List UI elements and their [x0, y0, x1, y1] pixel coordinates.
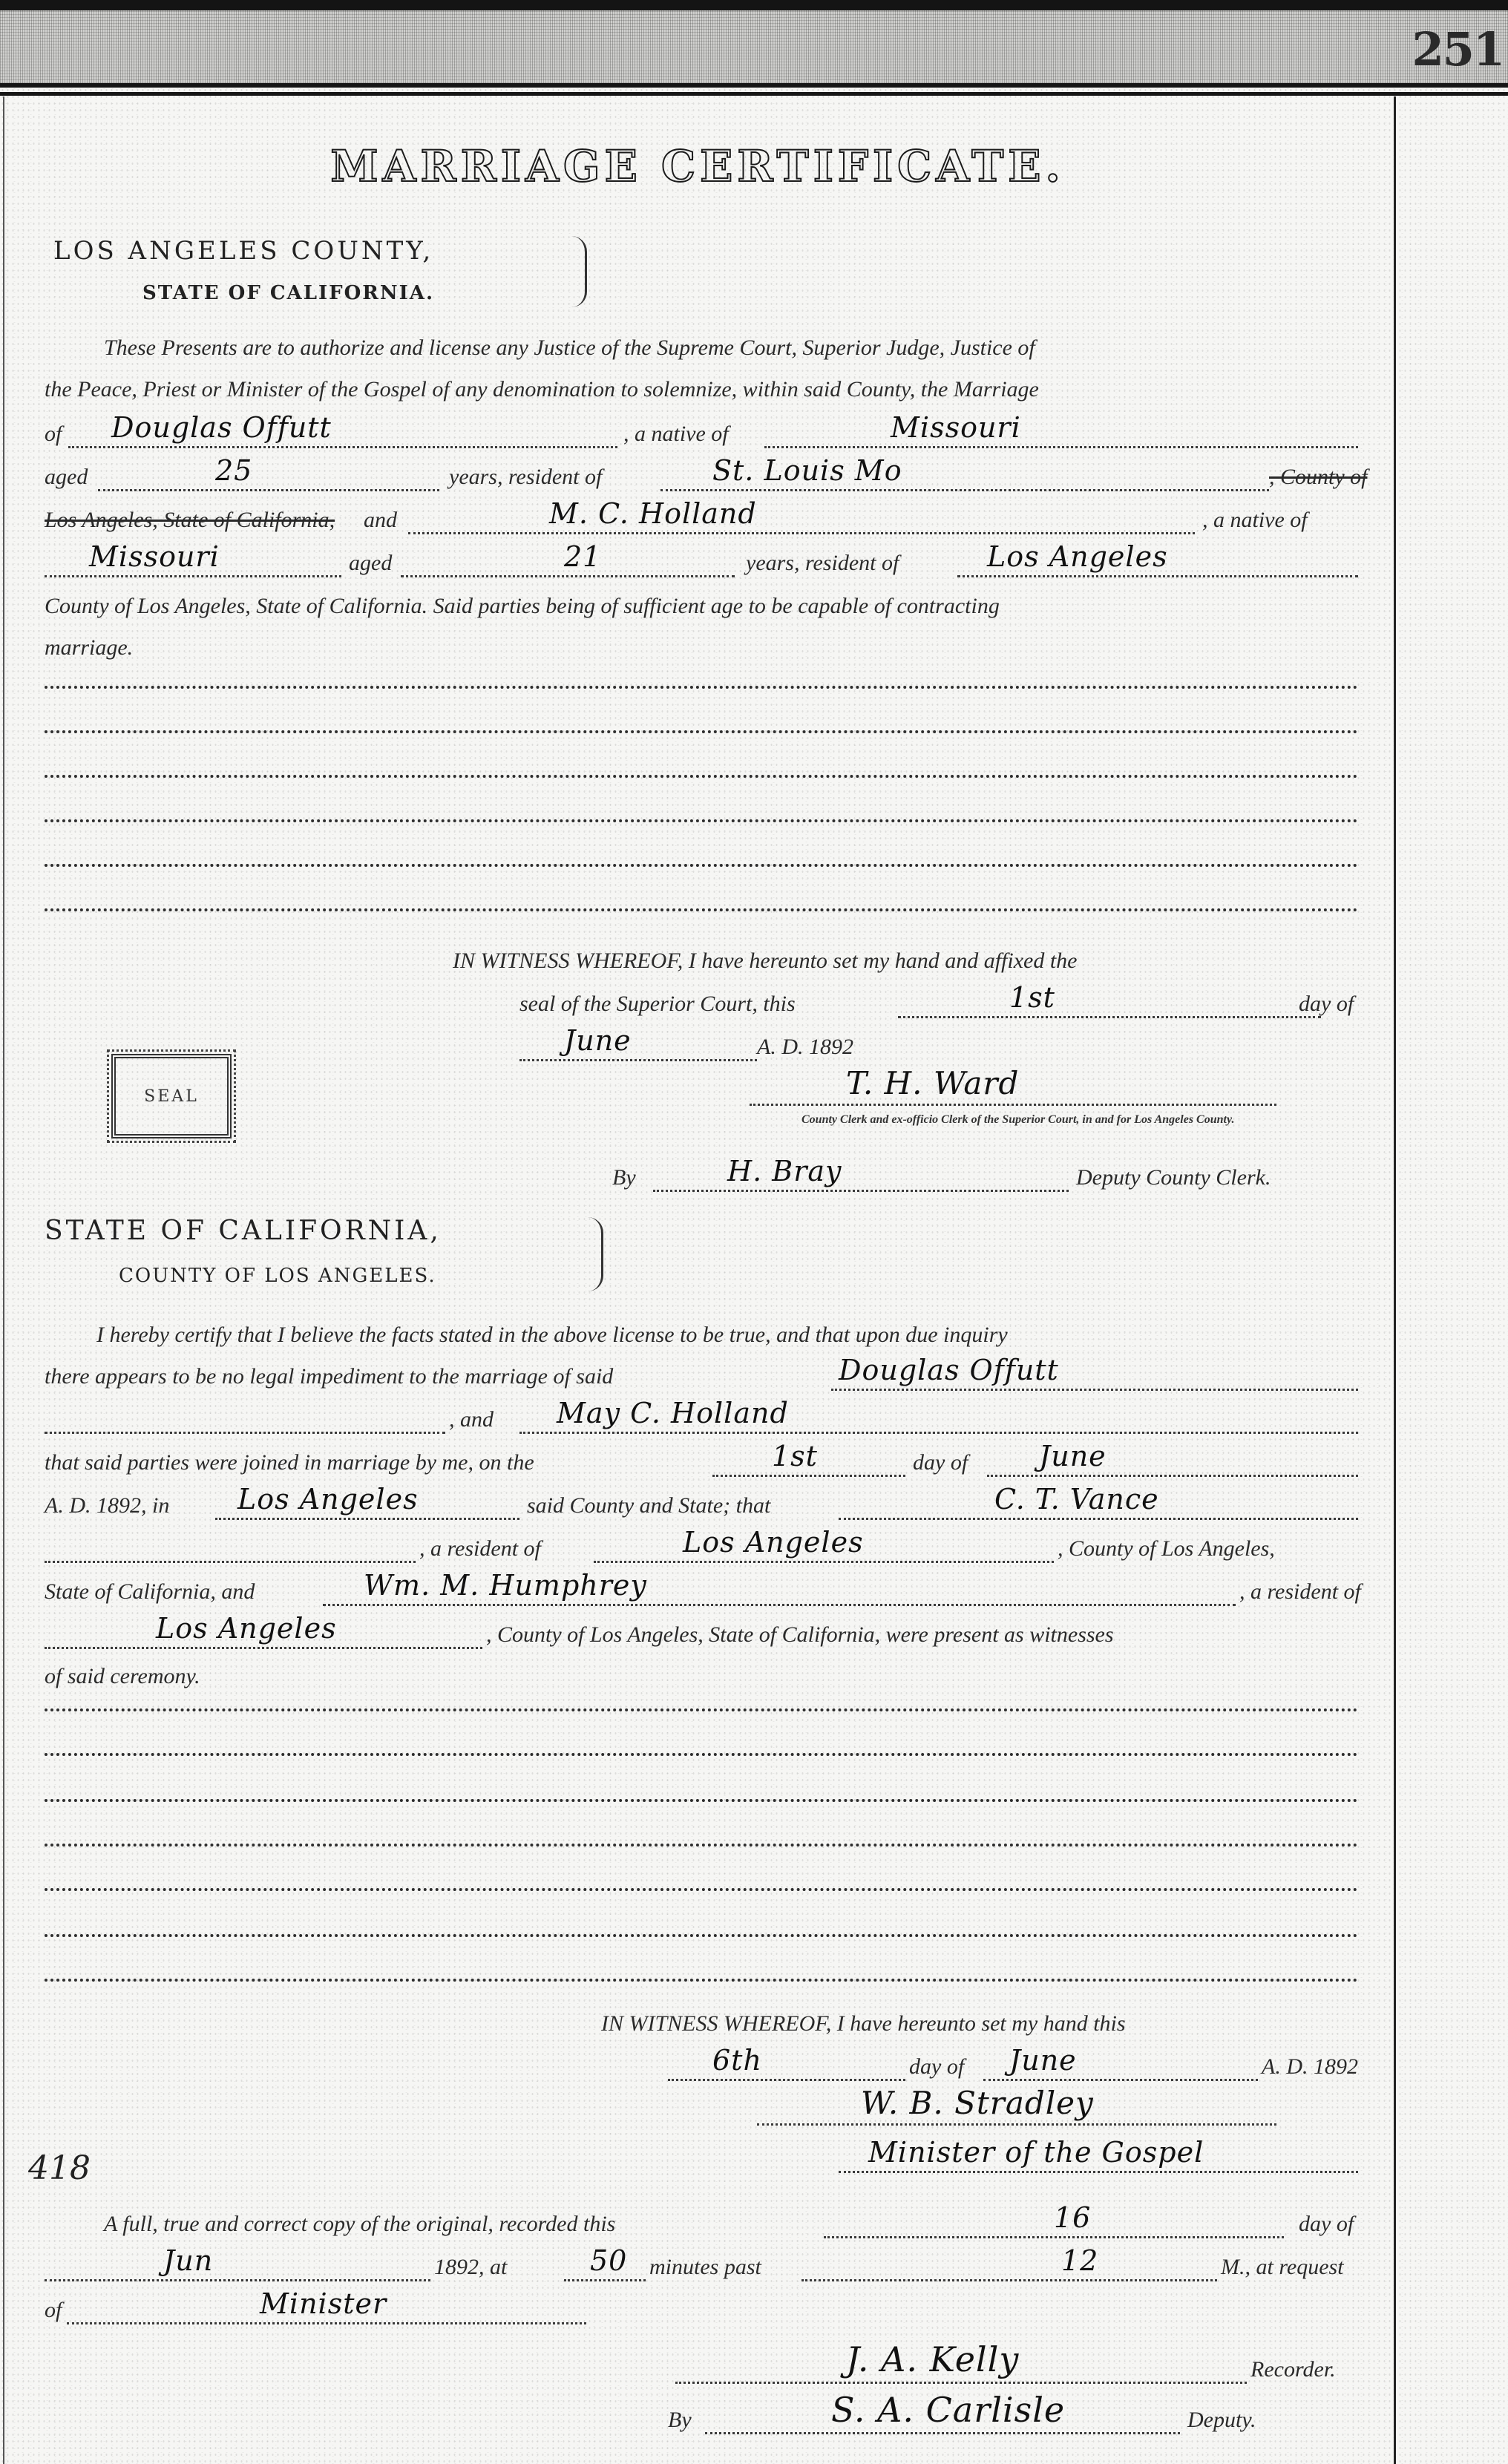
- bride-native-label: , a native of: [1202, 508, 1308, 533]
- deputy-clerk-signature: H. Bray: [727, 1155, 842, 1187]
- minister-title-line: Minister of the Gospel: [45, 2130, 1389, 2178]
- bride-residence: Los Angeles: [987, 540, 1168, 573]
- cert-day: 1st: [772, 1440, 818, 1472]
- groom-age-line: aged 25 years, resident of St. Louis Mo …: [45, 448, 1389, 496]
- resident-of-label-2: , a resident of: [1239, 1579, 1361, 1605]
- witness2-name: Wm. M. Humphrey: [364, 1569, 647, 1602]
- cert-bride-name: May C. Holland: [557, 1397, 789, 1429]
- clerk-month-field: [519, 1059, 757, 1061]
- cert-line-8: Los Angeles , County of Los Angeles, Sta…: [45, 1606, 1389, 1654]
- cert-state-heading: STATE OF CALIFORNIA,: [45, 1216, 442, 1246]
- day-of-label: day of: [1299, 992, 1354, 1017]
- heading-brace: [571, 236, 587, 307]
- recorded-month: Jun: [163, 2244, 213, 2277]
- cert-place: Los Angeles: [237, 1483, 419, 1516]
- blank-ruled-line: [45, 1934, 1358, 1937]
- blank-ruled-line: [45, 1708, 1358, 1711]
- clerk-caption: County Clerk and ex-officio Clerk of the…: [801, 1113, 1234, 1127]
- of-label: of: [45, 422, 62, 447]
- seal-of-court-label: seal of the Superior Court, this: [519, 992, 796, 1017]
- minister-month-field: [983, 2079, 1258, 2081]
- cert-month: June: [1039, 1440, 1107, 1472]
- blank-ruled-line: [45, 908, 1358, 911]
- cert-day-of-label: day of: [913, 1450, 968, 1475]
- cert-line-3: , and May C. Holland: [45, 1391, 1389, 1438]
- resident-of-label: , a resident of: [419, 1536, 541, 1562]
- clerk-date-line: June A. D. 1892: [45, 1018, 1389, 1066]
- license-intro-text-2: the Peace, Priest or Minister of the Gos…: [45, 377, 1039, 402]
- recorded-day: 16: [1054, 2201, 1091, 2234]
- right-margin-rule: [1394, 96, 1396, 2464]
- by-label: By: [612, 1165, 636, 1190]
- minister-title: Minister of the Gospel: [868, 2136, 1204, 2169]
- years-resident-label: years, resident of: [449, 465, 602, 490]
- blank-ruled-line: [45, 1844, 1358, 1847]
- blank-ruled-line: [45, 1799, 1358, 1802]
- cert-and-label: , and: [449, 1407, 494, 1432]
- scan-top-edge: [0, 0, 1508, 10]
- recorder-signature: J. A. Kelly: [846, 2339, 1019, 2379]
- witness1-residence: Los Angeles: [683, 1526, 864, 1559]
- clerk-signature: T. H. Ward: [846, 1065, 1019, 1101]
- cert-line-1: I hereby certify that I believe the fact…: [45, 1306, 1389, 1354]
- minister-date-line: 6th day of June A. D. 1892: [45, 2038, 1389, 2085]
- license-state-heading: STATE OF CALIFORNIA.: [142, 282, 434, 304]
- struck-la-state: Los Angeles, State of California,: [45, 508, 335, 533]
- ceremony-label: of said ceremony.: [45, 1664, 200, 1689]
- recording-line-1: A full, true and correct copy of the ori…: [45, 2195, 1389, 2243]
- bride-name: M. C. Holland: [549, 497, 757, 530]
- header-rule-bottom: [0, 92, 1508, 96]
- blank-ruled-line: [45, 686, 1358, 689]
- recorded-year-label: 1892, at: [434, 2255, 507, 2280]
- recorder-deputy-signature: S. A. Carlisle: [831, 2390, 1065, 2430]
- clerk-ad-label: A. D. 1892: [757, 1035, 853, 1060]
- minister-day-field: [668, 2079, 905, 2081]
- bride-line: Los Angeles, State of California, and M.…: [45, 491, 1389, 539]
- minister-title-field: [839, 2171, 1358, 2173]
- cert-text-1: I hereby certify that I believe the fact…: [96, 1323, 1008, 1348]
- aged-label: aged: [45, 465, 88, 490]
- document-title: MARRIAGE CERTIFICATE.: [0, 141, 1395, 191]
- license-closing-line-1: County of Los Angeles, State of Californ…: [45, 577, 1389, 625]
- native-of-label: , a native of: [623, 422, 729, 447]
- groom-age: 25: [215, 454, 252, 487]
- recorder-line: J. A. Kelly Recorder.: [45, 2341, 1389, 2388]
- cert-line-7: State of California, and Wm. M. Humphrey…: [45, 1563, 1389, 1611]
- recorder-deputy-line: By S. A. Carlisle Deputy.: [45, 2391, 1389, 2439]
- minister-witness-line-1: IN WITNESS WHEREOF, I have hereunto set …: [45, 1995, 1389, 2042]
- cert-line-5: A. D. 1892, in Los Angeles said County a…: [45, 1477, 1389, 1524]
- bride-years-resident-label: years, resident of: [746, 551, 899, 576]
- recording-of-label: of: [45, 2298, 62, 2323]
- recorded-hour: 12: [1061, 2244, 1098, 2277]
- minister-day: 6th: [712, 2044, 762, 2077]
- clerk-month: June: [564, 1024, 632, 1057]
- bride-aged-label: aged: [349, 551, 392, 576]
- bride-age-line: Missouri aged 21 years, resident of Los …: [45, 534, 1389, 582]
- groom-name: Douglas Offutt: [111, 411, 332, 444]
- minister-month: June: [1009, 2044, 1077, 2077]
- cert-text-2: there appears to be no legal impediment …: [45, 1364, 613, 1389]
- cert-line-4: that said parties were joined in marriag…: [45, 1434, 1389, 1481]
- clerk-witness-text: IN WITNESS WHEREOF, I have hereunto set …: [453, 948, 1078, 974]
- clerk-signature-line: T. H. Ward: [45, 1063, 1389, 1110]
- witness1-name: C. T. Vance: [994, 1483, 1159, 1516]
- minutes-past-label: minutes past: [649, 2255, 761, 2280]
- recorded-minutes: 50: [590, 2244, 627, 2277]
- blank-ruled-line: [45, 864, 1358, 867]
- deputy-clerk-caption: Deputy County Clerk.: [1076, 1165, 1271, 1190]
- minister-day-of-label: day of: [909, 2054, 964, 2080]
- witness2-residence: Los Angeles: [156, 1612, 337, 1645]
- recorded-day-of-label: day of: [1299, 2212, 1354, 2237]
- license-county-heading: LOS ANGELES COUNTY,: [53, 236, 433, 266]
- requested-by-field: [67, 2322, 586, 2324]
- deputy-clerk-field: [653, 1190, 1069, 1192]
- license-closing-text-2: marriage.: [45, 635, 133, 661]
- license-intro-line-2: the Peace, Priest or Minister of the Gos…: [45, 361, 1389, 408]
- clerk-seal-line: seal of the Superior Court, this 1st day…: [45, 975, 1389, 1023]
- blank-ruled-line: [45, 730, 1358, 733]
- recording-text-1: A full, true and correct copy of the ori…: [104, 2212, 615, 2237]
- clerk-witness-line-1: IN WITNESS WHEREOF, I have hereunto set …: [45, 932, 1389, 980]
- groom-native-of: Missouri: [891, 411, 1021, 444]
- were-present-label: , County of Los Angeles, State of Califo…: [486, 1622, 1114, 1648]
- page-number: 251: [1412, 22, 1504, 76]
- joined-label: that said parties were joined in marriag…: [45, 1450, 534, 1475]
- groom-residence: St. Louis Mo: [712, 454, 902, 487]
- minister-signature-field: [757, 2123, 1276, 2126]
- minister-signature: W. B. Stradley: [861, 2085, 1094, 2121]
- said-county-label: said County and State; that: [527, 1493, 770, 1518]
- header-rule-top: [0, 83, 1508, 88]
- blank-ruled-line: [45, 775, 1358, 778]
- blank-ruled-line: [45, 1888, 1358, 1891]
- minister-ad-label: A. D. 1892: [1262, 2054, 1358, 2080]
- license-intro-line-1: These Presents are to authorize and lice…: [45, 319, 1389, 367]
- blank-ruled-line: [45, 819, 1358, 822]
- state-and-label: State of California, and: [45, 1579, 255, 1605]
- recorder-deputy-field: [705, 2432, 1180, 2434]
- county-la-label: , County of Los Angeles,: [1058, 1536, 1275, 1562]
- blank-ruled-line: [45, 1979, 1358, 1982]
- clerk-day: 1st: [1009, 981, 1055, 1014]
- recorder-label: Recorder.: [1250, 2357, 1336, 2382]
- recorder-deputy-label: Deputy.: [1187, 2408, 1256, 2433]
- left-margin-rule: [3, 96, 4, 2464]
- bride-age: 21: [564, 540, 601, 573]
- bride-native-of: Missouri: [89, 540, 220, 573]
- cert-heading-brace: [588, 1217, 603, 1291]
- minister-signature-line: W. B. Stradley: [45, 2083, 1389, 2130]
- margin-record-number: 418: [28, 2149, 91, 2187]
- and-label: and: [364, 508, 397, 533]
- cert-line-9: of said ceremony.: [45, 1648, 1389, 1695]
- clerk-signature-field: [750, 1104, 1276, 1106]
- license-closing-line-2: marriage.: [45, 619, 1389, 666]
- recording-line-3: of Minister: [45, 2281, 1389, 2329]
- blank-ruled-line: [45, 1753, 1358, 1756]
- struck-county-of: , County of: [1269, 465, 1368, 490]
- license-intro-text-1: These Presents are to authorize and lice…: [104, 335, 1035, 361]
- license-closing-text-1: County of Los Angeles, State of Californ…: [45, 594, 1000, 619]
- requested-by: Minister: [260, 2287, 387, 2320]
- m-request-label: M., at request: [1221, 2255, 1344, 2280]
- recording-line-2: Jun 1892, at 50 minutes past 12 M., at r…: [45, 2238, 1389, 2286]
- groom-line: of Douglas Offutt , a native of Missouri: [45, 405, 1389, 453]
- recorder-signature-field: [675, 2382, 1247, 2384]
- recorder-by-label: By: [668, 2408, 692, 2433]
- cert-line-2: there appears to be no legal impediment …: [45, 1348, 1389, 1395]
- deputy-clerk-line: By H. Bray Deputy County Clerk.: [45, 1149, 1389, 1196]
- minister-witness-text: IN WITNESS WHEREOF, I have hereunto set …: [601, 2011, 1126, 2037]
- cert-line-6: , a resident of Los Angeles , County of …: [45, 1520, 1389, 1567]
- ad-in-label: A. D. 1892, in: [45, 1493, 169, 1518]
- cert-groom-name: Douglas Offutt: [839, 1354, 1059, 1386]
- cert-county-heading: COUNTY OF LOS ANGELES.: [119, 1265, 436, 1287]
- ledger-header-band: [0, 10, 1508, 86]
